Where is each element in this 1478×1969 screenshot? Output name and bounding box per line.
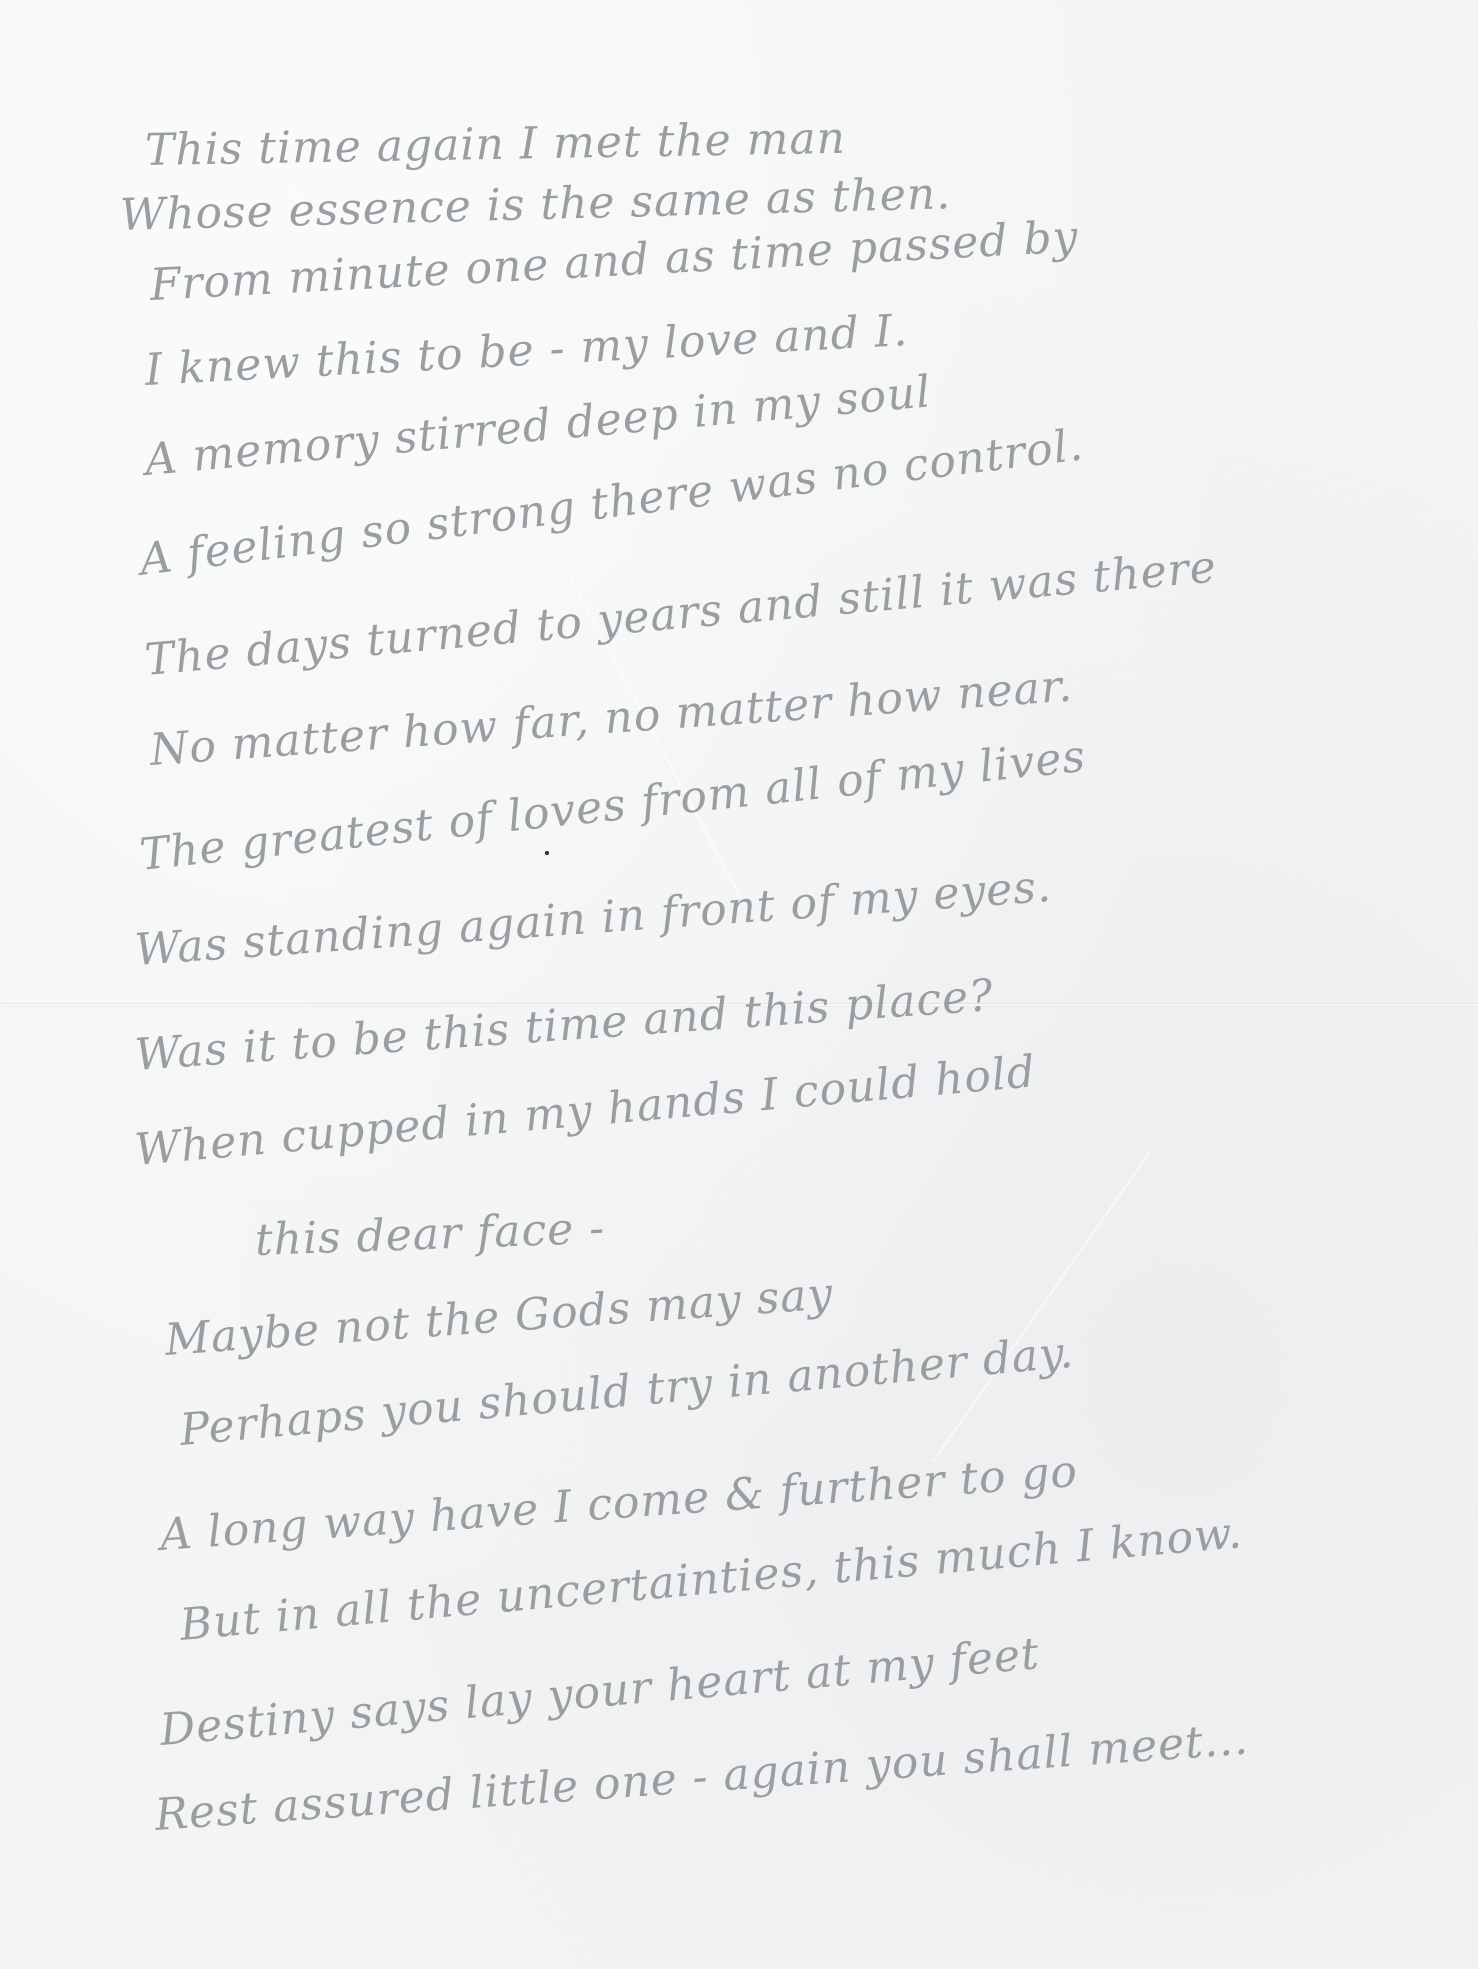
poem-line-1: This time again I met the man — [145, 113, 847, 176]
poem-body: This time again I met the man Whose esse… — [0, 0, 1478, 1969]
poem-line-13: this dear face - — [254, 1203, 606, 1266]
poem-line-14: Maybe not the Gods may say — [163, 1268, 835, 1366]
pencil-dot — [545, 851, 549, 855]
poem-line-10: Was standing again in front of my eyes. — [133, 861, 1053, 976]
